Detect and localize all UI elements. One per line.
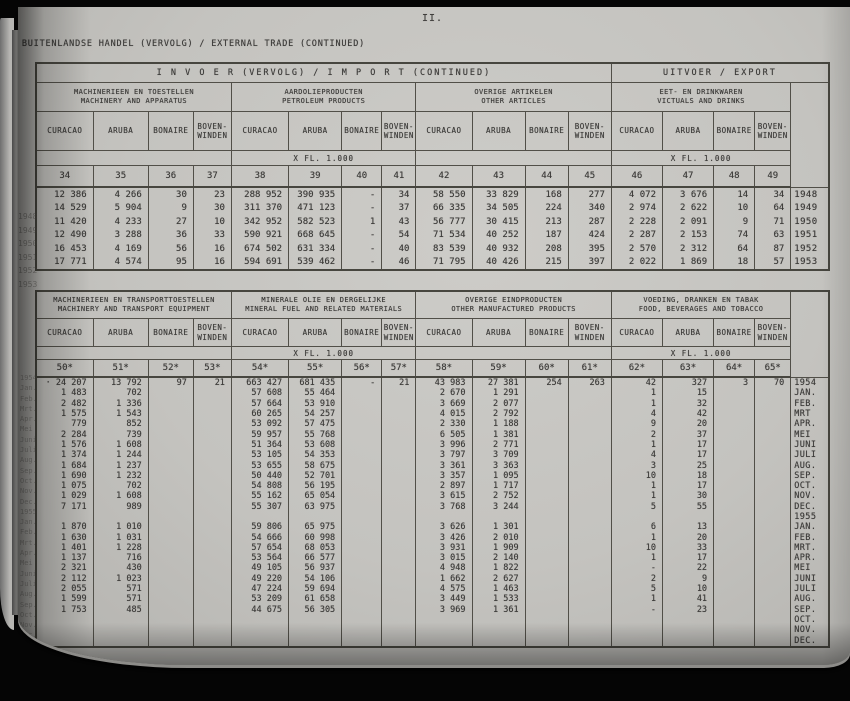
value-cell — [193, 450, 231, 460]
value-cell — [148, 450, 193, 460]
value-cell: 2 077 — [472, 399, 525, 409]
row-label: 1950 — [791, 215, 829, 229]
column-number: 56* — [342, 360, 382, 378]
value-cell: 2 228 — [611, 215, 662, 229]
value-cell — [714, 522, 755, 532]
value-cell — [714, 502, 755, 512]
value-cell — [193, 512, 231, 522]
value-cell: 702 — [93, 481, 148, 491]
value-cell — [193, 460, 231, 470]
column-group-header: EET- EN DRINKWARENVICTUALS AND DRINKS — [611, 83, 790, 112]
value-cell — [568, 635, 611, 646]
column-number: 53* — [193, 360, 231, 378]
value-cell: 13 792 — [93, 377, 148, 388]
row-label: FEB. — [791, 532, 829, 542]
value-cell — [382, 522, 416, 532]
value-cell: 17 — [662, 450, 713, 460]
table-row: 1 6841 23753 65558 6753 3613 363325AUG. — [36, 460, 829, 470]
value-cell — [755, 471, 791, 481]
territory-header-row: CURACAOARUBABONAIREBOVEN-WINDENCURACAOAR… — [36, 319, 829, 347]
value-cell — [611, 635, 662, 646]
value-cell: 59 694 — [289, 584, 342, 594]
page-number: II. — [422, 13, 443, 24]
value-cell: 2 312 — [663, 242, 714, 256]
value-cell: 23 — [662, 605, 713, 615]
value-cell: 631 334 — [289, 242, 342, 256]
value-cell: 254 — [525, 377, 568, 388]
value-cell: - — [342, 229, 382, 243]
table-row: 11 4204 2332710342 952582 52314356 77730… — [36, 215, 829, 229]
value-cell — [416, 615, 472, 625]
value-cell — [193, 471, 231, 481]
value-cell: 1 463 — [472, 584, 525, 594]
value-cell — [525, 512, 568, 522]
unit-spacer — [36, 151, 231, 166]
value-cell — [148, 574, 193, 584]
value-cell: 18 — [714, 256, 755, 271]
row-label: FEB. — [791, 399, 829, 409]
value-cell — [342, 388, 382, 398]
table-row: 1 5751 54360 26554 2574 0152 792442MRT — [36, 409, 829, 419]
value-cell — [755, 388, 791, 398]
value-cell — [525, 584, 568, 594]
value-cell: 51 364 — [231, 440, 288, 450]
value-cell — [568, 543, 611, 553]
value-cell: 6 505 — [416, 429, 472, 439]
value-cell: 52 701 — [289, 471, 342, 481]
value-cell: 663 427 — [231, 377, 288, 388]
value-cell: 311 370 — [231, 202, 288, 216]
table-row: 1 6301 03154 66660 9983 4262 010120FEB. — [36, 532, 829, 542]
value-cell: 1 228 — [93, 543, 148, 553]
value-cell — [342, 605, 382, 615]
value-cell — [382, 563, 416, 573]
value-cell — [193, 491, 231, 501]
value-cell — [755, 605, 791, 615]
territory-header: BONAIRE — [525, 112, 568, 151]
value-cell — [525, 532, 568, 542]
value-cell — [755, 625, 791, 635]
value-cell — [148, 594, 193, 604]
value-cell — [193, 605, 231, 615]
value-cell — [193, 502, 231, 512]
value-cell — [342, 532, 382, 542]
table-row: DEC. — [36, 635, 829, 646]
value-cell: 30 415 — [472, 215, 525, 229]
territory-header: ARUBA — [289, 319, 342, 347]
value-cell: 71 534 — [416, 229, 472, 243]
value-cell — [93, 615, 148, 625]
value-cell — [231, 615, 288, 625]
value-cell: 3 931 — [416, 543, 472, 553]
value-cell — [342, 429, 382, 439]
value-cell: 1 — [611, 388, 662, 398]
column-number: 65* — [755, 360, 791, 378]
value-cell: 1 869 — [663, 256, 714, 271]
value-cell: 1 095 — [472, 471, 525, 481]
value-cell — [382, 615, 416, 625]
value-cell — [382, 491, 416, 501]
value-cell — [714, 543, 755, 553]
value-cell: 2 — [611, 574, 662, 584]
value-cell — [755, 635, 791, 646]
value-cell: 54 666 — [231, 532, 288, 542]
value-cell — [714, 563, 755, 573]
value-cell: 215 — [525, 256, 568, 271]
value-cell — [714, 635, 755, 646]
territory-header: CURACAO — [231, 319, 288, 347]
table-row: 2 4821 33657 66453 9103 6692 077132FEB. — [36, 399, 829, 409]
value-cell — [525, 635, 568, 646]
value-cell — [714, 574, 755, 584]
value-cell — [714, 460, 755, 470]
value-cell: 716 — [93, 553, 148, 563]
value-cell — [714, 605, 755, 615]
value-cell — [714, 429, 755, 439]
territory-header: BOVEN-WINDEN — [568, 112, 611, 151]
value-cell: 56 305 — [289, 605, 342, 615]
value-cell: 571 — [93, 584, 148, 594]
value-cell — [568, 388, 611, 398]
value-cell — [342, 584, 382, 594]
row-label-column — [791, 291, 829, 377]
value-cell: 97 — [148, 377, 193, 388]
column-number: 63* — [662, 360, 713, 378]
left-margin-year-labels: 1948 1949 1950 1951 1952 1953 — [18, 210, 48, 291]
table-row: 77985253 09257 4752 3301 188920APR. — [36, 419, 829, 429]
document-page: II. , BUITENLANDSE HANDEL (VERVOLG) / EX… — [18, 7, 850, 665]
value-cell — [193, 409, 231, 419]
value-cell: 3 669 — [416, 399, 472, 409]
left-margin-month-labels: 1954 Jan. Feb. Mrt. Apr. Mei Juni Juli A… — [20, 373, 46, 641]
value-cell — [525, 440, 568, 450]
value-cell: 3 615 — [416, 491, 472, 501]
section-header-row: I N V O E R (VERVOLG) / I M P O R T (CON… — [36, 63, 829, 83]
value-cell — [93, 625, 148, 635]
value-cell: 2 752 — [472, 491, 525, 501]
column-group-header: VOEDING, DRANKEN EN TABAKFOOD, BEVERAGES… — [611, 291, 790, 319]
table-row: 1955 — [36, 512, 829, 522]
value-cell: 83 539 — [416, 242, 472, 256]
value-cell: 9 — [148, 202, 193, 216]
value-cell — [148, 440, 193, 450]
column-number: 41 — [382, 166, 416, 188]
value-cell — [382, 512, 416, 522]
page-title: , BUITENLANDSE HANDEL (VERVOLG) / EXTERN… — [18, 39, 365, 49]
value-cell — [231, 625, 288, 635]
row-label: APR. — [791, 553, 829, 563]
value-cell: 1 662 — [416, 574, 472, 584]
row-label: JAN. — [791, 388, 829, 398]
value-cell — [342, 512, 382, 522]
territory-header: BONAIRE — [148, 319, 193, 347]
value-cell — [525, 615, 568, 625]
value-cell: 4 — [611, 450, 662, 460]
value-cell — [525, 450, 568, 460]
value-cell: 2 771 — [472, 440, 525, 450]
row-label: MEI — [791, 563, 829, 573]
value-cell: 2 974 — [611, 202, 662, 216]
value-cell: 54 257 — [289, 409, 342, 419]
value-cell — [714, 553, 755, 563]
value-cell: 213 — [525, 215, 568, 229]
value-cell — [755, 419, 791, 429]
value-cell: 58 550 — [416, 187, 472, 202]
table-row: · 24 20713 7929721663 427681 435-2143 98… — [36, 377, 829, 388]
value-cell — [148, 491, 193, 501]
value-cell: - — [342, 256, 382, 271]
value-cell: 34 — [755, 187, 791, 202]
value-cell — [148, 409, 193, 419]
value-cell — [193, 419, 231, 429]
territory-header: BONAIRE — [148, 112, 193, 151]
value-cell: 4 266 — [93, 187, 148, 202]
value-cell: 340 — [568, 202, 611, 216]
value-cell: 668 645 — [289, 229, 342, 243]
value-cell: 20 — [662, 419, 713, 429]
table-row: 1 6901 23250 44052 7013 3571 0951018SEP. — [36, 471, 829, 481]
value-cell — [148, 563, 193, 573]
column-group-header: OVERIGE ARTIKELENOTHER ARTICLES — [416, 83, 611, 112]
value-cell: 25 — [662, 460, 713, 470]
column-number: 46 — [611, 166, 662, 188]
value-cell — [193, 388, 231, 398]
value-cell — [342, 635, 382, 646]
value-cell: 57 664 — [231, 399, 288, 409]
row-label: 1951 — [791, 229, 829, 243]
value-cell — [342, 522, 382, 532]
value-cell: 397 — [568, 256, 611, 271]
value-cell — [148, 532, 193, 542]
column-number: 57* — [382, 360, 416, 378]
value-cell — [289, 615, 342, 625]
value-cell — [472, 625, 525, 635]
value-cell: 57 — [755, 256, 791, 271]
table-row: 1 59957153 20961 6583 4491 533141AUG. — [36, 594, 829, 604]
value-cell — [231, 635, 288, 646]
value-cell: 3 288 — [93, 229, 148, 243]
value-cell: 1 381 — [472, 429, 525, 439]
territory-header: BONAIRE — [342, 112, 382, 151]
value-cell: 989 — [93, 502, 148, 512]
value-cell: 34 — [382, 187, 416, 202]
value-cell: 46 — [382, 256, 416, 271]
value-cell: 1 188 — [472, 419, 525, 429]
value-cell — [525, 409, 568, 419]
value-cell — [755, 429, 791, 439]
value-cell — [342, 409, 382, 419]
value-cell: 15 — [662, 388, 713, 398]
value-cell — [382, 409, 416, 419]
column-number: 37 — [193, 166, 231, 188]
value-cell: 208 — [525, 242, 568, 256]
value-cell: 430 — [93, 563, 148, 573]
column-number: 42 — [416, 166, 472, 188]
row-label: MRT. — [791, 543, 829, 553]
value-cell — [472, 615, 525, 625]
value-cell — [755, 584, 791, 594]
value-cell: 36 — [148, 229, 193, 243]
value-cell — [525, 543, 568, 553]
value-cell: 3 244 — [472, 502, 525, 512]
value-cell: 55 162 — [231, 491, 288, 501]
table-row: 7 17198955 30763 9753 7683 244555DEC. — [36, 502, 829, 512]
value-cell — [289, 635, 342, 646]
value-cell: 3 361 — [416, 460, 472, 470]
column-number: 43 — [472, 166, 525, 188]
value-cell: 42 — [662, 409, 713, 419]
value-cell: 53 608 — [289, 440, 342, 450]
value-cell: 187 — [525, 229, 568, 243]
value-cell: 34 505 — [472, 202, 525, 216]
territory-header: CURACAO — [36, 319, 93, 347]
value-cell: 30 — [662, 491, 713, 501]
value-cell: 40 426 — [472, 256, 525, 271]
value-cell: 1 608 — [93, 440, 148, 450]
value-cell: 9 — [662, 574, 713, 584]
territory-header: BONAIRE — [714, 112, 755, 151]
value-cell — [193, 635, 231, 646]
value-cell: 168 — [525, 187, 568, 202]
value-cell — [568, 522, 611, 532]
column-number: 59* — [472, 360, 525, 378]
value-cell: 2 010 — [472, 532, 525, 542]
value-cell: 1 717 — [472, 481, 525, 491]
column-number: 52* — [148, 360, 193, 378]
value-cell — [193, 532, 231, 542]
value-cell: 702 — [93, 388, 148, 398]
value-cell: 40 932 — [472, 242, 525, 256]
value-cell — [342, 594, 382, 604]
value-cell: 5 — [611, 502, 662, 512]
value-cell — [342, 419, 382, 429]
value-cell — [148, 481, 193, 491]
value-cell: 17 — [662, 481, 713, 491]
value-cell: 23 — [193, 187, 231, 202]
unit-label: X FL. 1.000 — [231, 347, 415, 360]
value-cell — [382, 574, 416, 584]
value-cell — [568, 440, 611, 450]
value-cell — [525, 553, 568, 563]
table-row: 1 8701 01059 80665 9753 6261 301613JAN. — [36, 522, 829, 532]
value-cell — [382, 553, 416, 563]
value-cell — [568, 502, 611, 512]
value-cell — [568, 605, 611, 615]
territory-header: BOVEN-WINDEN — [755, 112, 791, 151]
territory-header: BONAIRE — [525, 319, 568, 347]
value-cell: - — [611, 563, 662, 573]
value-cell: 3 676 — [663, 187, 714, 202]
value-cell: 5 904 — [93, 202, 148, 216]
value-cell: 3 996 — [416, 440, 472, 450]
value-cell: 3 — [611, 460, 662, 470]
table-row: 17 7714 5749516594 691539 462-4671 79540… — [36, 256, 829, 271]
value-cell — [714, 450, 755, 460]
value-cell — [755, 574, 791, 584]
value-cell — [755, 594, 791, 604]
value-cell — [382, 471, 416, 481]
value-cell — [525, 491, 568, 501]
value-cell — [148, 625, 193, 635]
value-cell: 342 952 — [231, 215, 288, 229]
value-cell: 9 — [611, 419, 662, 429]
row-label: 1949 — [791, 202, 829, 216]
value-cell — [714, 584, 755, 594]
value-cell — [714, 440, 755, 450]
value-cell: 56 195 — [289, 481, 342, 491]
column-number: 34 — [36, 166, 93, 188]
value-cell: 66 577 — [289, 553, 342, 563]
value-cell — [568, 460, 611, 470]
value-cell: 5 — [611, 584, 662, 594]
value-cell — [755, 615, 791, 625]
value-cell: 37 — [382, 202, 416, 216]
value-cell — [568, 409, 611, 419]
group-header-row: MACHINERIEEN EN TOESTELLENMACHINERY AND … — [36, 83, 829, 112]
column-number-row: 34353637383940414243444546474849 — [36, 166, 829, 188]
unit-spacer — [36, 347, 231, 360]
value-cell — [148, 388, 193, 398]
value-cell — [568, 450, 611, 460]
value-cell: 87 — [755, 242, 791, 256]
value-cell: 1 023 — [93, 574, 148, 584]
row-label: DEC. — [791, 635, 829, 646]
value-cell — [714, 615, 755, 625]
value-cell: 1 — [611, 532, 662, 542]
row-label: SEP. — [791, 605, 829, 615]
value-cell: 485 — [93, 605, 148, 615]
value-cell: 582 523 — [289, 215, 342, 229]
export-section-header: UITVOER / EXPORT — [611, 63, 829, 83]
value-cell: 33 — [193, 229, 231, 243]
value-cell — [568, 553, 611, 563]
value-cell — [662, 615, 713, 625]
value-cell: 57 654 — [231, 543, 288, 553]
value-cell: 66 335 — [416, 202, 472, 216]
value-cell — [568, 584, 611, 594]
territory-header: ARUBA — [472, 319, 525, 347]
column-group-header: OVERIGE EINDPRODUCTENOTHER MANUFACTURED … — [416, 291, 611, 319]
value-cell: 3 426 — [416, 532, 472, 542]
value-cell: 16 — [193, 256, 231, 271]
row-label: 1953 — [791, 256, 829, 271]
value-cell: 1 — [611, 594, 662, 604]
column-number: 58* — [416, 360, 472, 378]
value-cell — [525, 471, 568, 481]
value-cell: 68 053 — [289, 543, 342, 553]
value-cell — [568, 399, 611, 409]
value-cell — [568, 563, 611, 573]
value-cell: 4 — [611, 409, 662, 419]
value-cell — [755, 512, 791, 522]
value-cell: 1 — [611, 491, 662, 501]
value-cell: 590 921 — [231, 229, 288, 243]
value-cell: 3 709 — [472, 450, 525, 460]
value-cell: 1 608 — [93, 491, 148, 501]
row-label: JUNI — [791, 574, 829, 584]
value-cell: 1 — [342, 215, 382, 229]
value-cell — [568, 625, 611, 635]
value-cell — [714, 388, 755, 398]
table-row: 1 48370257 60855 4642 6701 291115JAN. — [36, 388, 829, 398]
value-cell: 17 — [662, 440, 713, 450]
value-cell: 55 307 — [231, 502, 288, 512]
unit-spacer — [416, 347, 611, 360]
value-cell — [755, 553, 791, 563]
value-cell — [755, 532, 791, 542]
value-cell: 41 — [662, 594, 713, 604]
value-cell: 539 462 — [289, 256, 342, 271]
